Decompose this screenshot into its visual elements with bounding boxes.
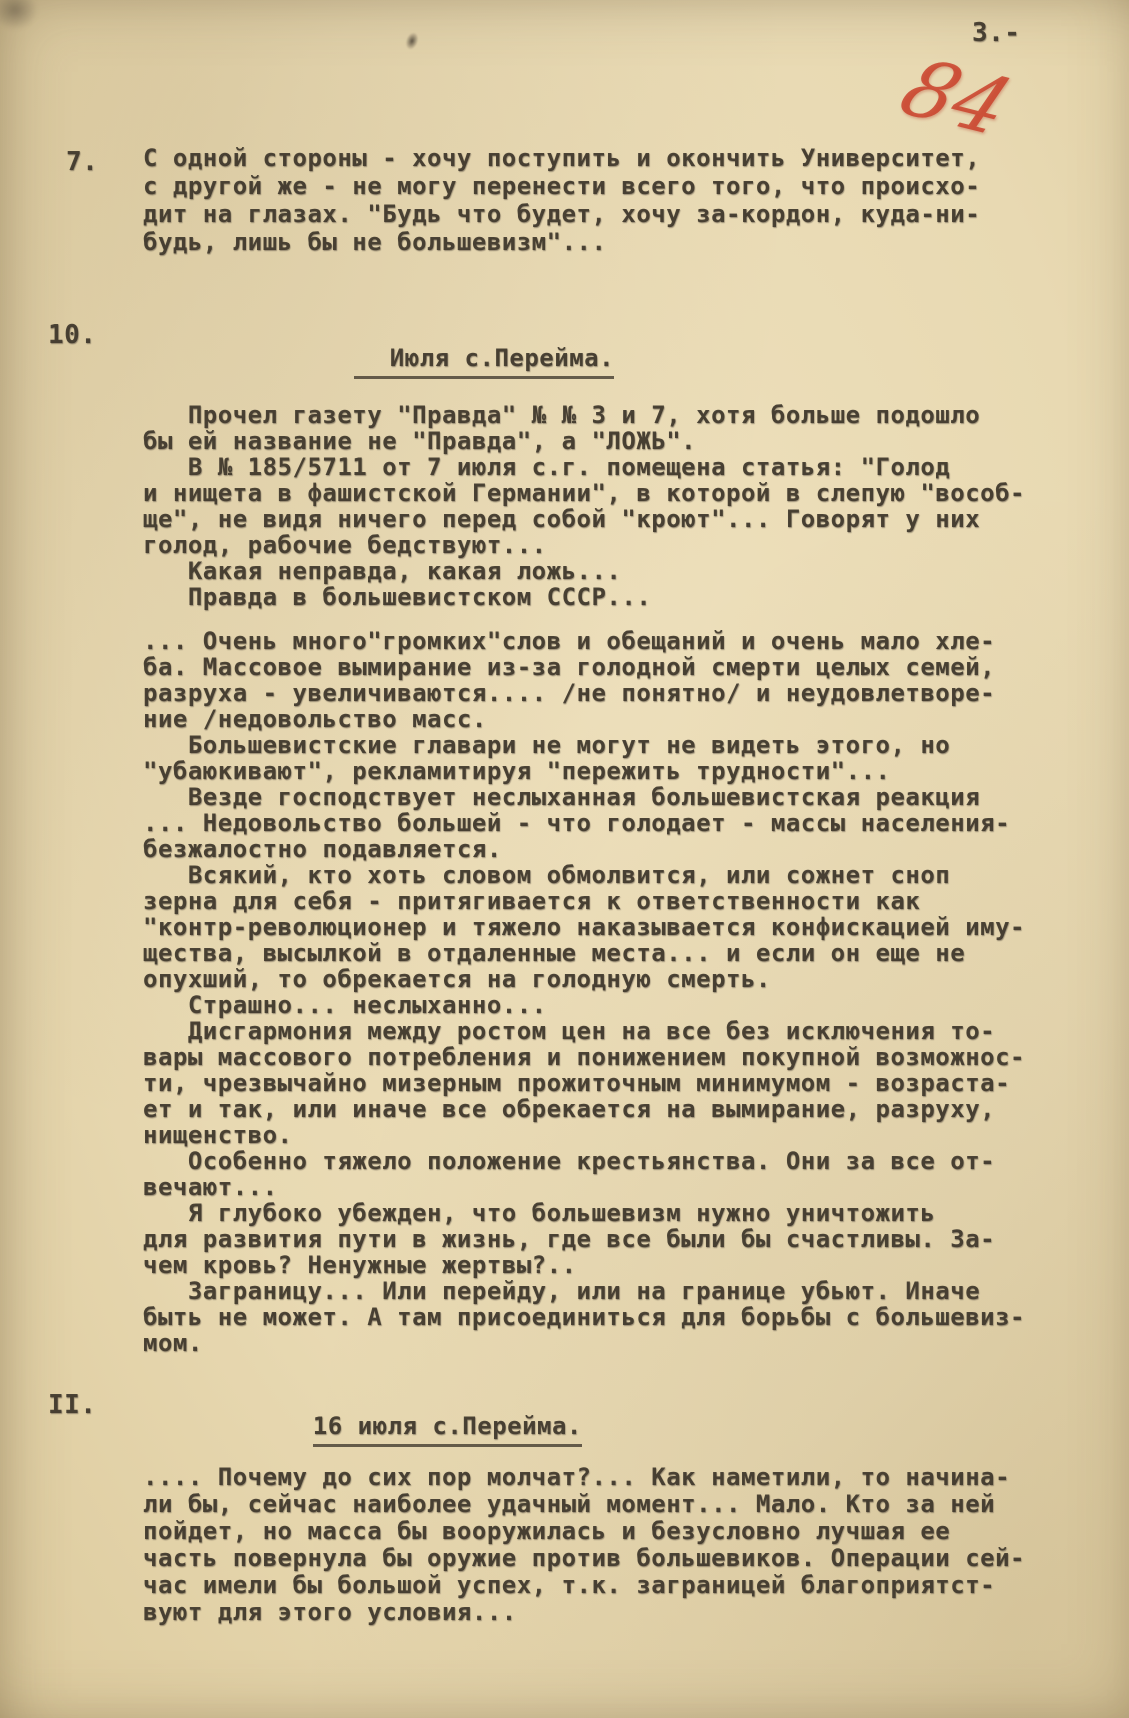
item-7-number: 7.: [66, 147, 98, 177]
corner-stain: [0, 0, 38, 30]
item-10-heading: Июля с.Перейма.: [294, 316, 614, 407]
item-10-paragraph-1: Прочел газету "Правда" № № 3 и 7, хотя б…: [143, 402, 1025, 610]
item-11-number: II.: [48, 1390, 96, 1420]
item-7-text: С одной стороны - хочу поступить и оконч…: [143, 144, 980, 256]
handwritten-red-mark: 84: [890, 49, 1022, 148]
document-page: 3.- 84 7. С одной стороны - хочу поступи…: [0, 0, 1129, 1718]
item-11-heading: 16 июля с.Перейма.: [253, 1384, 582, 1475]
item-11-paragraph-1: .... Почему до сих пор молчат?... Как на…: [143, 1464, 1025, 1626]
item-10-heading-text: Июля с.Перейма.: [354, 344, 614, 379]
item-10-paragraph-2: ... Очень много"громких"слов и обещаний …: [143, 628, 1025, 1356]
ink-smudge: [403, 30, 420, 51]
page-number: 3.-: [972, 18, 1020, 48]
item-10-number: 10.: [48, 320, 96, 350]
item-11-heading-text: 16 июля с.Перейма.: [313, 1412, 582, 1447]
